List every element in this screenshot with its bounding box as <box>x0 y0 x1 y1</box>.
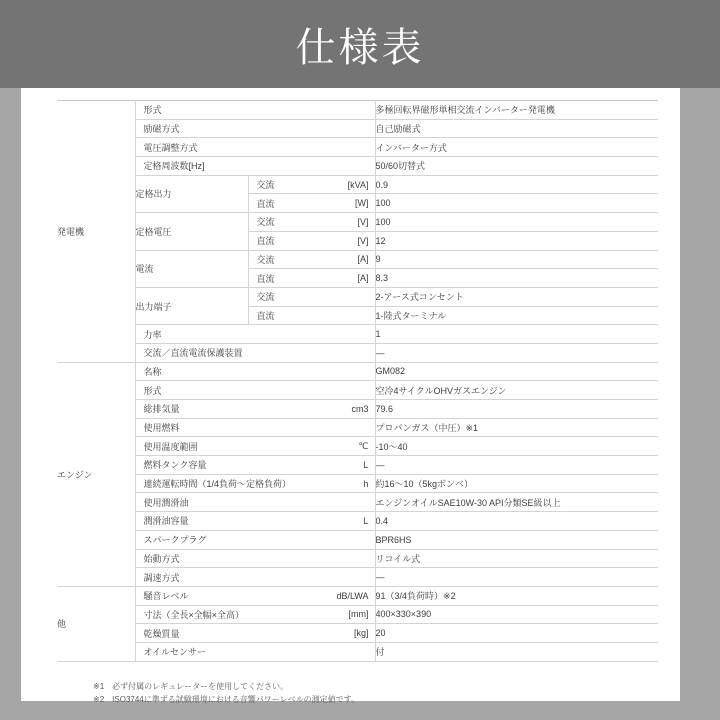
sub-property-cell: 交流[A] <box>248 250 375 269</box>
value-cell: 多極回転界磁形単相交流インバーター発電機 <box>375 101 658 120</box>
footnotes: ※1 必ず付属のレギュレーターを使用してください。 ※2 ISO3744に準ずる… <box>93 680 693 706</box>
table-row: 調速方式— <box>57 568 658 587</box>
table-row: 励磁方式自己励磁式 <box>57 119 658 138</box>
value-cell: 自己励磁式 <box>375 119 658 138</box>
table-row: 寸法（全長×全幅×全高）[mm]400×330×390 <box>57 605 658 624</box>
property-cell: 連続運転時間（1/4負荷～定格負荷）h <box>135 474 375 493</box>
property-label: 力率 <box>144 328 162 341</box>
value-cell: 1 <box>375 325 658 344</box>
page-title: 仕様表 <box>296 16 425 73</box>
property-label: 総排気量 <box>144 402 180 415</box>
cell-content: 直流[A] <box>249 272 375 285</box>
value-cell: 50/60切替式 <box>375 157 658 176</box>
property-cell: 寸法（全長×全幅×全高）[mm] <box>135 605 375 624</box>
property-label: 調速方式 <box>144 571 180 584</box>
unit-label: L <box>364 460 369 470</box>
cell-content: 寸法（全長×全幅×全高）[mm] <box>136 608 375 621</box>
spec-sheet-page: 仕様表 発電機形式多極回転界磁形単相交流インバーター発電機励磁方式自己励磁式電圧… <box>0 0 720 720</box>
cell-content: オイルセンサー <box>136 645 375 658</box>
footnote-mark: ※1 <box>93 680 104 693</box>
value-cell: — <box>375 456 658 475</box>
sub-property-label: 交流 <box>257 178 275 191</box>
cell-content: 総排気量cm3 <box>136 402 375 415</box>
table-row: 乾燥質量[kg]20 <box>57 624 658 643</box>
property-cell: 始動方式 <box>135 549 375 568</box>
property-cell: 電圧調整方式 <box>135 138 375 157</box>
value-cell: 8.3 <box>375 269 658 288</box>
property-cell: 使用燃料 <box>135 418 375 437</box>
sub-property-label: 直流 <box>257 309 275 322</box>
cell-content: 連続運転時間（1/4負荷～定格負荷）h <box>136 477 375 490</box>
footnote-text: ISO3744に準ずる試験環境における音響パワーレベルの測定値です。 <box>112 693 359 706</box>
category-cell: 発電機 <box>57 101 135 363</box>
cell-content: 直流[V] <box>249 234 375 247</box>
property-label: 励磁方式 <box>144 122 180 135</box>
property-cell: 定格周波数[Hz] <box>135 157 375 176</box>
property-label: 使用潤滑油 <box>144 496 189 509</box>
spec-table: 発電機形式多極回転界磁形単相交流インバーター発電機励磁方式自己励磁式電圧調整方式… <box>57 100 658 662</box>
value-cell: 12 <box>375 231 658 250</box>
unit-label: [A] <box>358 254 369 264</box>
table-row: 定格電圧交流[V]100 <box>57 213 658 232</box>
value-cell: 400×330×390 <box>375 605 658 624</box>
footnote: ※2 ISO3744に準ずる試験環境における音響パワーレベルの測定値です。 <box>93 693 693 706</box>
property-label: 連続運転時間（1/4負荷～定格負荷） <box>144 477 292 490</box>
cell-content: 調速方式 <box>136 571 375 584</box>
property-label: 電圧調整方式 <box>144 141 198 154</box>
cell-content: 直流 <box>249 309 375 322</box>
value-cell: 2-アース式コンセント <box>375 287 658 306</box>
property-label: 使用燃料 <box>144 421 180 434</box>
cell-content: 乾燥質量[kg] <box>136 627 375 640</box>
cell-content: 始動方式 <box>136 552 375 565</box>
property-cell: オイルセンサー <box>135 642 375 661</box>
cell-content: 交流 <box>249 290 375 303</box>
property-cell: 総排気量cm3 <box>135 400 375 419</box>
value-cell: リコイル式 <box>375 549 658 568</box>
cell-content: 力率 <box>136 328 375 341</box>
value-cell: 9 <box>375 250 658 269</box>
table-row: 発電機形式多極回転界磁形単相交流インバーター発電機 <box>57 101 658 120</box>
property-cell: 形式 <box>135 101 375 120</box>
sub-property-label: 直流 <box>257 272 275 285</box>
cell-content: 潤滑油容量L <box>136 514 375 527</box>
cell-content: 名称 <box>136 365 375 378</box>
property-label: 使用温度範囲 <box>144 440 198 453</box>
table-row: スパークプラグBPR6HS <box>57 530 658 549</box>
value-cell: プロパンガス（中圧）※1 <box>375 418 658 437</box>
cell-content: 騒音レベルdB/LWA <box>136 589 375 602</box>
value-cell: 100 <box>375 213 658 232</box>
value-cell: 約16～10（5kgボンベ） <box>375 474 658 493</box>
value-cell: 1-陸式ターミナル <box>375 306 658 325</box>
sub-property-cell: 交流[V] <box>248 213 375 232</box>
spec-table-wrap: 発電機形式多極回転界磁形単相交流インバーター発電機励磁方式自己励磁式電圧調整方式… <box>57 100 658 662</box>
unit-label: cm3 <box>352 404 369 414</box>
cell-content: 使用温度範囲℃ <box>136 440 375 453</box>
sub-property-cell: 直流[W] <box>248 194 375 213</box>
property-group-cell: 定格電圧 <box>135 213 248 250</box>
value-cell: 20 <box>375 624 658 643</box>
property-cell: 名称 <box>135 362 375 381</box>
value-cell: -10～40 <box>375 437 658 456</box>
sub-property-label: 交流 <box>257 290 275 303</box>
property-cell: 燃料タンク容量L <box>135 456 375 475</box>
sub-property-cell: 直流[V] <box>248 231 375 250</box>
category-cell: エンジン <box>57 362 135 586</box>
table-row: 連続運転時間（1/4負荷～定格負荷）h約16～10（5kgボンベ） <box>57 474 658 493</box>
property-label: 潤滑油容量 <box>144 514 189 527</box>
cell-content: 交流[A] <box>249 253 375 266</box>
property-label: 形式 <box>144 384 162 397</box>
value-cell: 0.4 <box>375 512 658 531</box>
table-row: 定格出力交流[kVA]0.9 <box>57 175 658 194</box>
unit-label: L <box>364 516 369 526</box>
unit-label: [kVA] <box>348 180 369 190</box>
value-cell: エンジンオイルSAE10W-30 API分類SE級以上 <box>375 493 658 512</box>
unit-label: h <box>364 479 369 489</box>
property-label: 寸法（全長×全幅×全高） <box>144 608 245 621</box>
property-label: 形式 <box>144 103 162 116</box>
cell-content: 直流[W] <box>249 197 375 210</box>
title-band: 仕様表 <box>0 0 720 88</box>
value-cell: 79.6 <box>375 400 658 419</box>
unit-label: ℃ <box>358 441 368 452</box>
unit-label: [V] <box>358 217 369 227</box>
cell-content: 交流／直流電流保護装置 <box>136 346 375 359</box>
cell-content: 交流[V] <box>249 215 375 228</box>
property-label: 乾燥質量 <box>144 627 180 640</box>
sub-property-label: 直流 <box>257 234 275 247</box>
cell-content: 定格周波数[Hz] <box>136 159 375 172</box>
table-row: 始動方式リコイル式 <box>57 549 658 568</box>
footnote-mark: ※2 <box>93 693 104 706</box>
table-row: 電流交流[A]9 <box>57 250 658 269</box>
table-row: 電圧調整方式インバーター方式 <box>57 138 658 157</box>
value-cell: 0.9 <box>375 175 658 194</box>
unit-label: [W] <box>355 198 369 208</box>
property-cell: 乾燥質量[kg] <box>135 624 375 643</box>
property-cell: スパークプラグ <box>135 530 375 549</box>
value-cell: 100 <box>375 194 658 213</box>
property-cell: 交流／直流電流保護装置 <box>135 343 375 362</box>
property-cell: 調速方式 <box>135 568 375 587</box>
sub-property-cell: 交流[kVA] <box>248 175 375 194</box>
property-label: 交流／直流電流保護装置 <box>144 346 243 359</box>
unit-label: [mm] <box>349 609 369 619</box>
property-cell: 潤滑油容量L <box>135 512 375 531</box>
property-group-cell: 定格出力 <box>135 175 248 212</box>
value-cell: — <box>375 568 658 587</box>
property-label: 定格周波数[Hz] <box>144 159 205 172</box>
sub-property-cell: 直流 <box>248 306 375 325</box>
property-label: 騒音レベル <box>144 589 189 602</box>
table-row: 潤滑油容量L0.4 <box>57 512 658 531</box>
cell-content: 交流[kVA] <box>249 178 375 191</box>
property-cell: 励磁方式 <box>135 119 375 138</box>
property-label: 名称 <box>144 365 162 378</box>
property-cell: 形式 <box>135 381 375 400</box>
table-row: 形式空冷4サイクルOHVガスエンジン <box>57 381 658 400</box>
property-cell: 使用潤滑油 <box>135 493 375 512</box>
property-cell: 騒音レベルdB/LWA <box>135 586 375 605</box>
unit-label: dB/LWA <box>337 591 369 601</box>
sub-property-label: 直流 <box>257 197 275 210</box>
table-row: 使用潤滑油エンジンオイルSAE10W-30 API分類SE級以上 <box>57 493 658 512</box>
table-row: エンジン名称GM082 <box>57 362 658 381</box>
value-cell: BPR6HS <box>375 530 658 549</box>
property-cell: 使用温度範囲℃ <box>135 437 375 456</box>
sub-property-label: 交流 <box>257 253 275 266</box>
value-cell: インバーター方式 <box>375 138 658 157</box>
table-row: 燃料タンク容量L— <box>57 456 658 475</box>
property-group-cell: 電流 <box>135 250 248 287</box>
property-label: スパークプラグ <box>144 533 207 546</box>
cell-content: 形式 <box>136 384 375 397</box>
unit-label: [A] <box>358 273 369 283</box>
value-cell: GM082 <box>375 362 658 381</box>
table-row: 定格周波数[Hz]50/60切替式 <box>57 157 658 176</box>
value-cell: 空冷4サイクルOHVガスエンジン <box>375 381 658 400</box>
value-cell: 付 <box>375 642 658 661</box>
cell-content: 使用燃料 <box>136 421 375 434</box>
property-cell: 力率 <box>135 325 375 344</box>
table-row: オイルセンサー付 <box>57 642 658 661</box>
sub-property-cell: 直流[A] <box>248 269 375 288</box>
cell-content: 励磁方式 <box>136 122 375 135</box>
cell-content: 燃料タンク容量L <box>136 458 375 471</box>
value-cell: — <box>375 343 658 362</box>
property-label: 燃料タンク容量 <box>144 458 207 471</box>
cell-content: 使用潤滑油 <box>136 496 375 509</box>
cell-content: 電圧調整方式 <box>136 141 375 154</box>
spec-sheet-paper: 発電機形式多極回転界磁形単相交流インバーター発電機励磁方式自己励磁式電圧調整方式… <box>21 88 680 701</box>
sub-property-cell: 交流 <box>248 287 375 306</box>
value-cell: 91（3/4負荷時）※2 <box>375 586 658 605</box>
unit-label: [kg] <box>354 628 369 638</box>
spec-table-body: 発電機形式多極回転界磁形単相交流インバーター発電機励磁方式自己励磁式電圧調整方式… <box>57 101 658 662</box>
footnote: ※1 必ず付属のレギュレーターを使用してください。 <box>93 680 693 693</box>
table-row: 他騒音レベルdB/LWA91（3/4負荷時）※2 <box>57 586 658 605</box>
table-row: 総排気量cm379.6 <box>57 400 658 419</box>
table-row: 出力端子交流2-アース式コンセント <box>57 287 658 306</box>
property-label: オイルセンサー <box>144 645 207 658</box>
cell-content: 形式 <box>136 103 375 116</box>
unit-label: [V] <box>358 236 369 246</box>
category-cell: 他 <box>57 586 135 661</box>
table-row: 使用温度範囲℃-10～40 <box>57 437 658 456</box>
cell-content: スパークプラグ <box>136 533 375 546</box>
property-label: 始動方式 <box>144 552 180 565</box>
footnote-text: 必ず付属のレギュレーターを使用してください。 <box>112 680 288 693</box>
table-row: 力率1 <box>57 325 658 344</box>
sub-property-label: 交流 <box>257 215 275 228</box>
property-group-cell: 出力端子 <box>135 287 248 324</box>
table-row: 使用燃料プロパンガス（中圧）※1 <box>57 418 658 437</box>
table-row: 交流／直流電流保護装置— <box>57 343 658 362</box>
